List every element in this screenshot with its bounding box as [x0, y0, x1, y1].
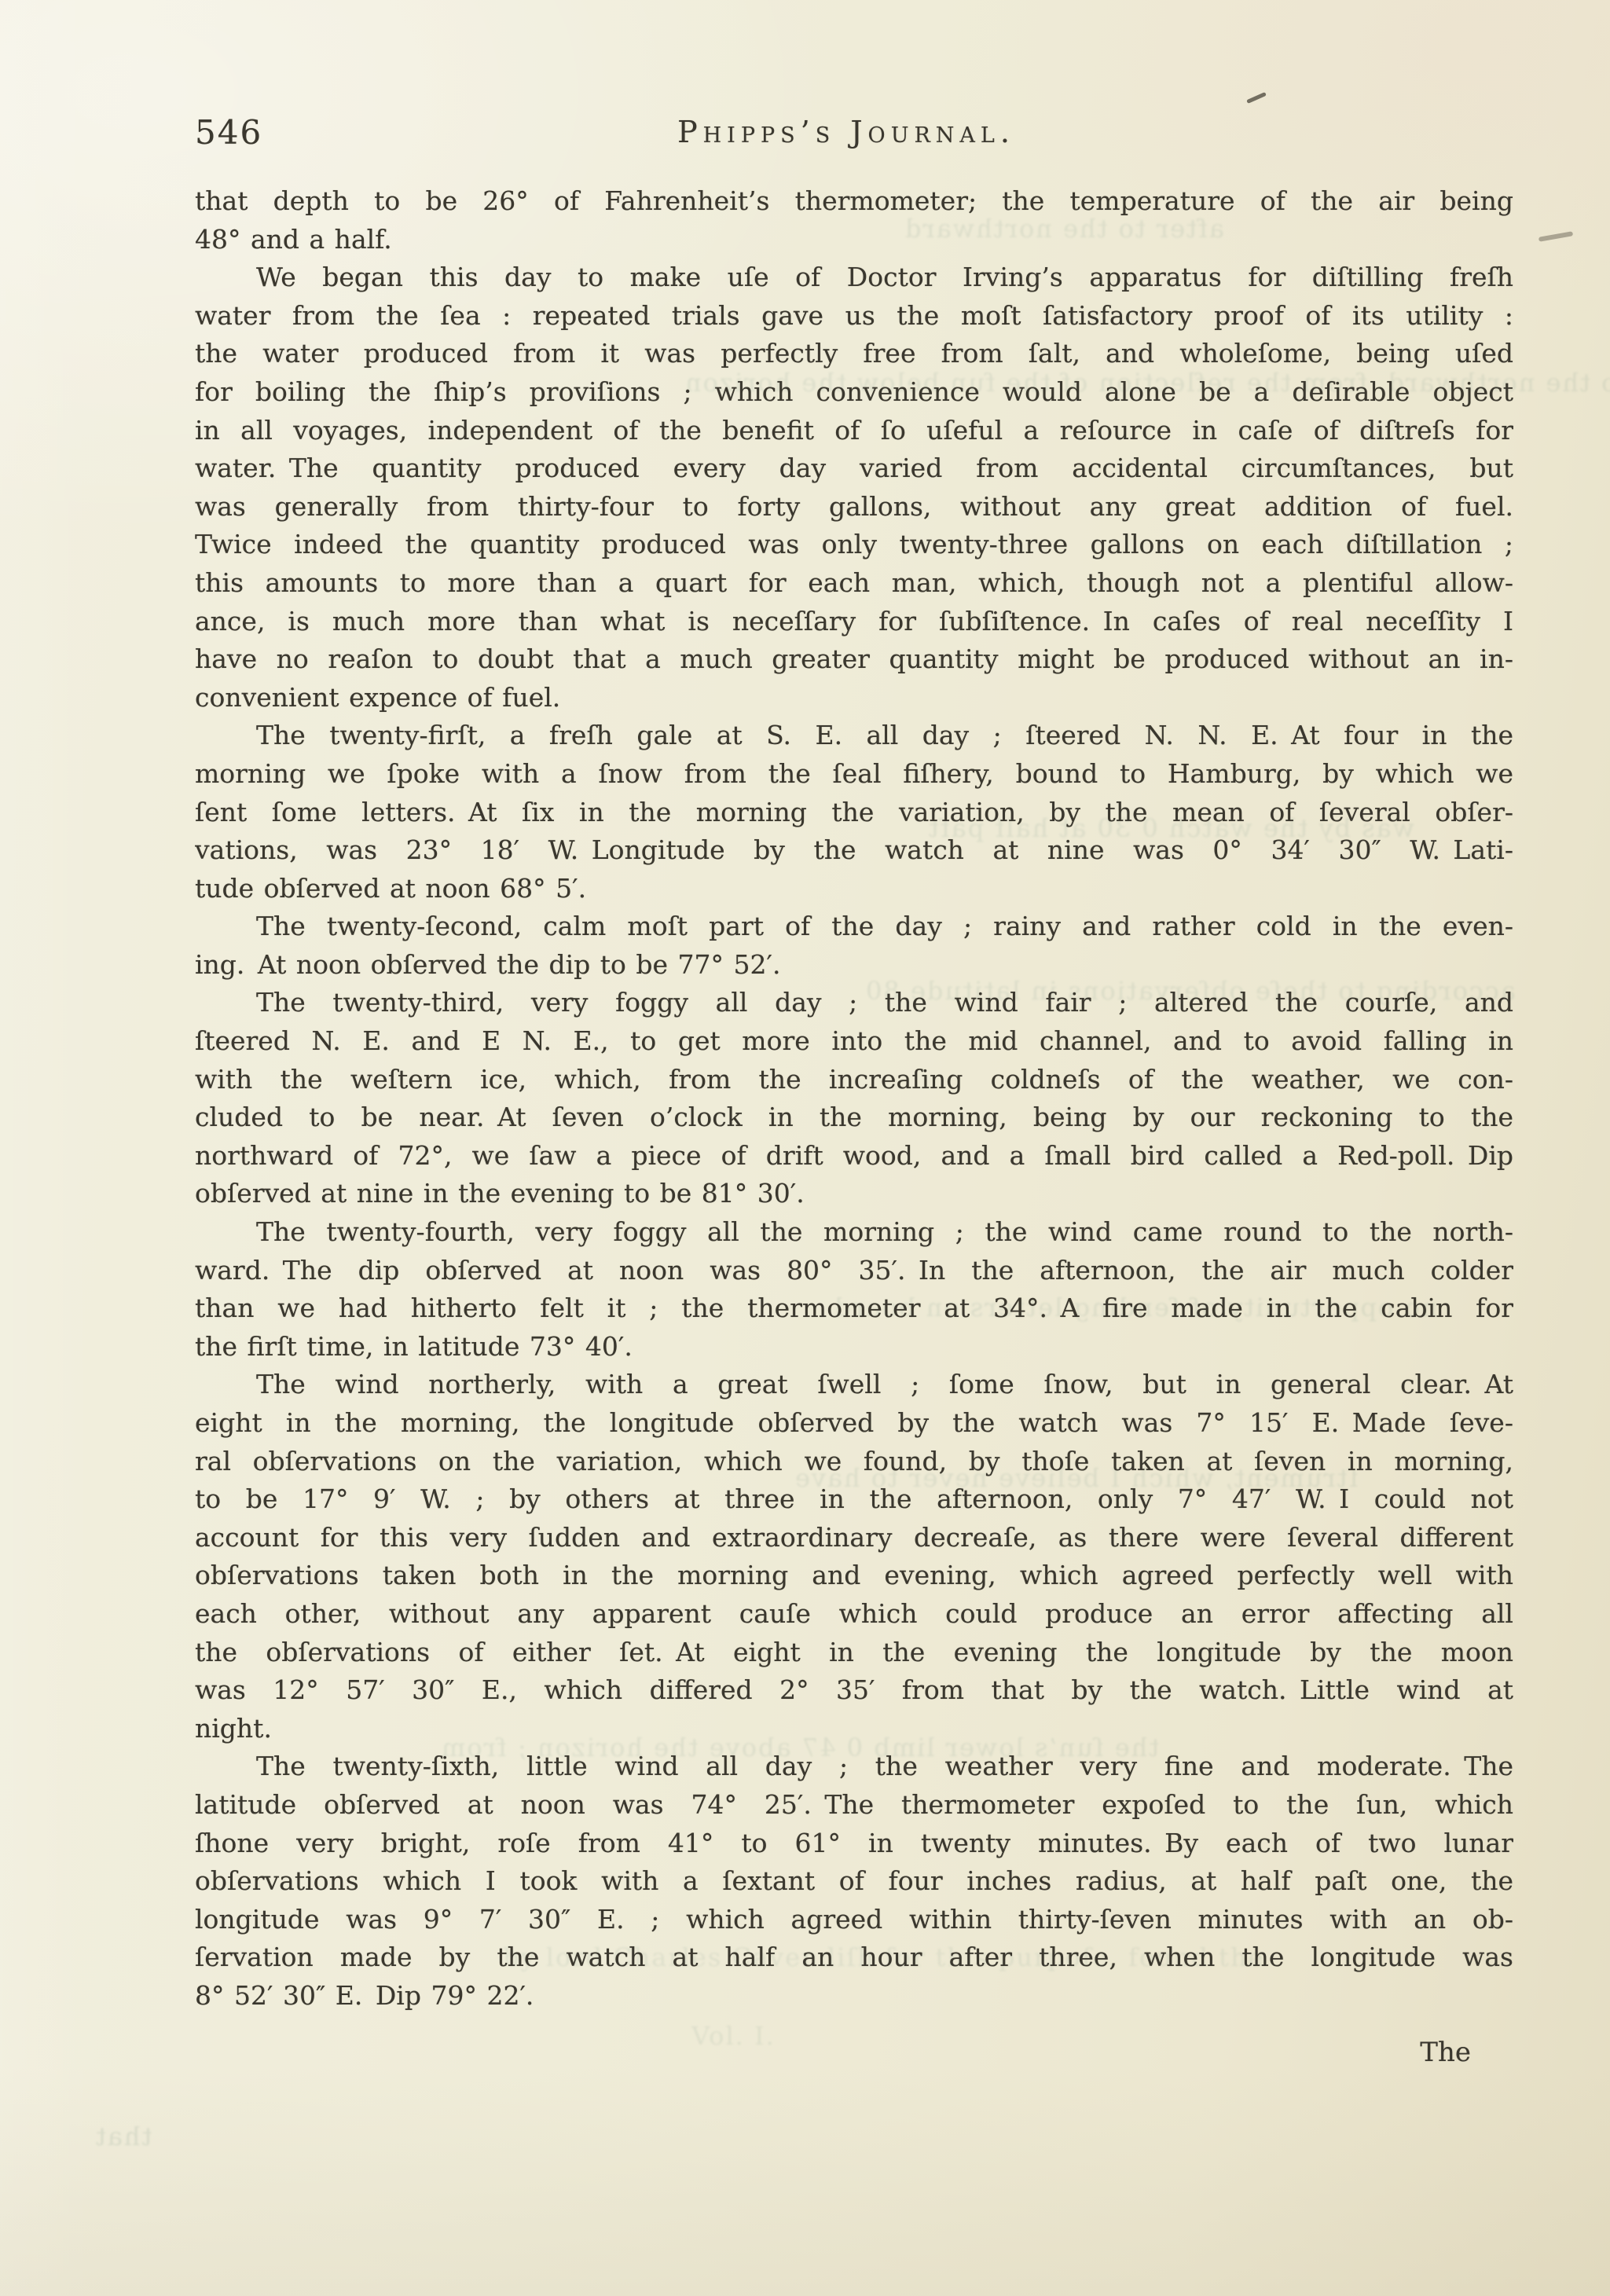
text-block: that depth to be 26° of Fahrenheit’s the… — [195, 182, 1513, 2015]
paragraph: We began this day to make uſe of Doctor … — [195, 259, 1513, 717]
body-line: this amounts to more than a quart for ea… — [195, 564, 1513, 603]
body-line: convenient expence of fuel. — [195, 679, 1513, 717]
body-line: ance, is much more than what is neceſſar… — [195, 603, 1513, 641]
running-title: Phipps’s Journal. — [195, 115, 1498, 149]
paragraph: The wind northerly, with a great ſwell ;… — [195, 1366, 1513, 1748]
body-line: latitude obſerved at noon was 74° 25′. T… — [195, 1786, 1513, 1825]
body-line: obſervations taken both in the morning a… — [195, 1557, 1513, 1595]
body-line: that depth to be 26° of Fahrenheit’s the… — [195, 182, 1513, 221]
body-line: The twenty-ſixth, little wind all day ; … — [195, 1748, 1513, 1786]
body-line: to be 17° 9′ W. ; by others at three in … — [195, 1480, 1513, 1519]
body-line: longitude was 9° 7′ 30″ E. ; which agree… — [195, 1901, 1513, 1939]
catchword: The — [195, 2037, 1513, 2068]
body-line: for boiling the ſhip’s proviſions ; whic… — [195, 373, 1513, 412]
paragraph: The twenty-ſixth, little wind all day ; … — [195, 1748, 1513, 2015]
body-line: ral obſervations on the variation, which… — [195, 1443, 1513, 1481]
body-line: in all voyages, independent of the benef… — [195, 412, 1513, 450]
body-line: The twenty-ſecond, calm moſt part of the… — [195, 908, 1513, 946]
body-line: The twenty-firſt, a freſh gale at S. E. … — [195, 717, 1513, 755]
body-line: ing. At noon obſerved the dip to be 77° … — [195, 946, 1513, 985]
body-line: the water produced from it was perfectly… — [195, 335, 1513, 373]
body-line: ſhone very bright, roſe from 41° to 61° … — [195, 1825, 1513, 1863]
body-line: morning we ſpoke with a ſnow from the ſe… — [195, 755, 1513, 794]
body-line: night. — [195, 1710, 1513, 1748]
body-line: with the weſtern ice, which, from the in… — [195, 1061, 1513, 1099]
body-line: 8° 52′ 30″ E. Dip 79° 22′. — [195, 1977, 1513, 2015]
body-line: was generally from thirty-four to forty … — [195, 488, 1513, 526]
paragraph: The twenty-third, very foggy all day ; t… — [195, 984, 1513, 1213]
body-line: account for this very ſudden and extraor… — [195, 1519, 1513, 1557]
paragraph: The twenty-firſt, a freſh gale at S. E. … — [195, 717, 1513, 908]
body-line: water. The quantity produced every day v… — [195, 449, 1513, 488]
body-line: obſerved at nine in the evening to be 81… — [195, 1175, 1513, 1213]
paragraph: The twenty-fourth, very foggy all the mo… — [195, 1213, 1513, 1366]
body-line: tude obſerved at noon 68° 5′. — [195, 870, 1513, 908]
body-line: The wind northerly, with a great ſwell ;… — [195, 1366, 1513, 1404]
body-line: vations, was 23° 18′ W. Longitude by the… — [195, 831, 1513, 870]
body-line: obſervations which I took with a ſextant… — [195, 1862, 1513, 1901]
body-line: cluded to be near. At ſeven o’clock in t… — [195, 1098, 1513, 1137]
body-line: ſteered N. E. and E N. E., to get more i… — [195, 1022, 1513, 1061]
body-line: Twice indeed the quantity produced was o… — [195, 526, 1513, 564]
body-line: the firſt time, in latitude 73° 40′. — [195, 1328, 1513, 1366]
body-line: the obſervations of either ſet. At eight… — [195, 1634, 1513, 1672]
body-line: We began this day to make uſe of Doctor … — [195, 259, 1513, 297]
body-line: ſent ſome letters. At ſix in the morning… — [195, 794, 1513, 832]
body-line: northward of 72°, we ſaw a piece of drif… — [195, 1137, 1513, 1176]
body-line: 48° and a half. — [195, 221, 1513, 259]
body-line: was 12° 57′ 30″ E., which differed 2° 35… — [195, 1671, 1513, 1710]
body-line: ward. The dip obſerved at noon was 80° 3… — [195, 1252, 1513, 1290]
body-line: each other, without any apparent cauſe w… — [195, 1595, 1513, 1634]
body-line: have no reaſon to doubt that a much grea… — [195, 640, 1513, 679]
body-line: The twenty-third, very foggy all day ; t… — [195, 984, 1513, 1022]
body-line: than we had hitherto felt it ; the therm… — [195, 1289, 1513, 1328]
paragraph: that depth to be 26° of Fahrenheit’s the… — [195, 182, 1513, 259]
body-line: eight in the morning, the longitude obſe… — [195, 1404, 1513, 1443]
body-line: ſervation made by the watch at half an h… — [195, 1938, 1513, 1977]
paragraph: The twenty-ſecond, calm moſt part of the… — [195, 908, 1513, 984]
body-line: water from the ſea : repeated trials gav… — [195, 297, 1513, 336]
body-line: The twenty-fourth, very foggy all the mo… — [195, 1213, 1513, 1252]
